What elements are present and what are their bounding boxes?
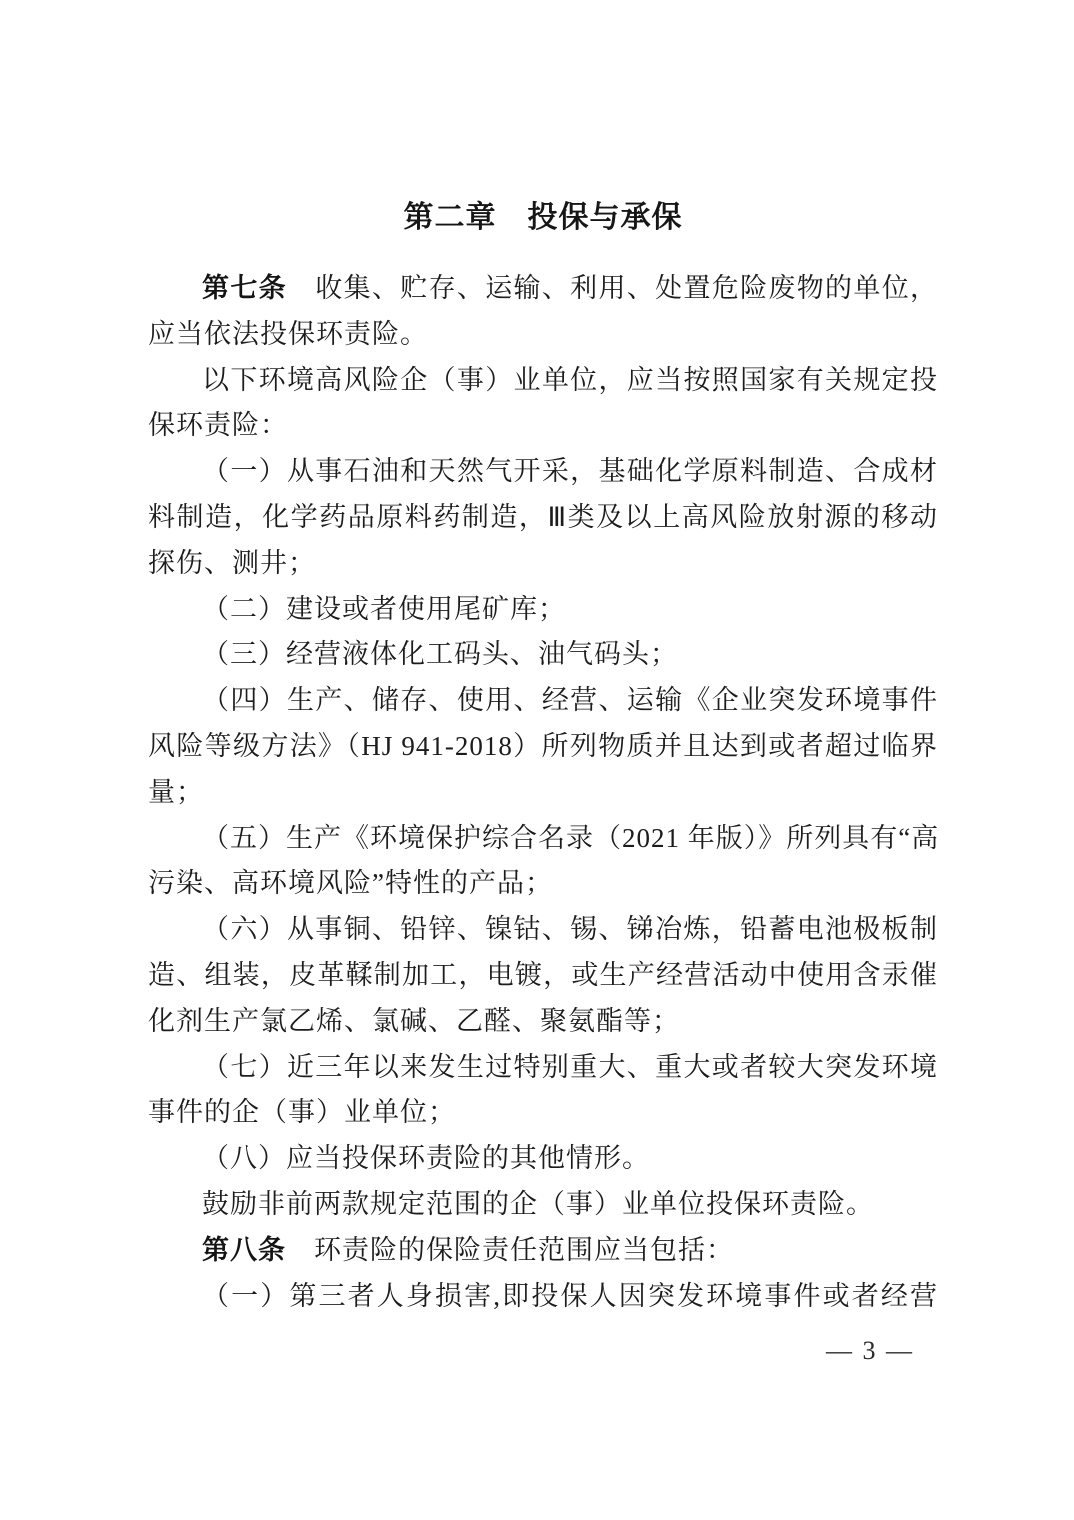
- text-line: 应当依法投保环责险。: [148, 312, 938, 358]
- article-number: 第八条: [202, 1235, 286, 1265]
- text-line: 化剂生产氯乙烯、氯碱、乙醛、聚氨酯等；: [148, 999, 938, 1045]
- page-number: — 3 —: [826, 1336, 914, 1366]
- text-line: （六）从事铜、铅锌、镍钴、锡、锑冶炼，铅蓄电池极板制: [148, 907, 938, 953]
- text-line: 风险等级方法》（HJ 941-2018）所列物质并且达到或者超过临界: [148, 724, 938, 770]
- article-number: 第七条: [202, 273, 287, 303]
- text-line: 以下环境高风险企（事）业单位，应当按照国家有关规定投: [148, 358, 938, 404]
- text-line: （五）生产《环境保护综合名录（2021 年版）》所列具有“高: [148, 816, 938, 862]
- text-line: （七）近三年以来发生过特别重大、重大或者较大突发环境: [148, 1045, 938, 1091]
- text-line: 保环责险：: [148, 403, 938, 449]
- document-body: 第七条 收集、贮存、运输、利用、处置危险废物的单位，应当依法投保环责险。以下环境…: [148, 266, 938, 1319]
- text-line: 造、组装，皮革鞣制加工，电镀，或生产经营活动中使用含汞催: [148, 953, 938, 999]
- text-line: （四）生产、储存、使用、经营、运输《企业突发环境事件: [148, 678, 938, 724]
- text-line: （二）建设或者使用尾矿库；: [148, 587, 938, 633]
- text-line: 料制造，化学药品原料药制造，Ⅲ类及以上高风险放射源的移动: [148, 495, 938, 541]
- chapter-title: 第二章 投保与承保: [148, 199, 938, 237]
- text-line: （八）应当投保环责险的其他情形。: [148, 1136, 938, 1182]
- text-line: 第七条 收集、贮存、运输、利用、处置危险废物的单位，: [148, 266, 938, 312]
- text-line: 鼓励非前两款规定范围的企（事）业单位投保环责险。: [148, 1182, 938, 1228]
- text-line: 探伤、测井；: [148, 541, 938, 587]
- document-page: 第二章 投保与承保 第七条 收集、贮存、运输、利用、处置危险废物的单位，应当依法…: [0, 0, 1074, 1520]
- text-line: 污染、高环境风险”特性的产品；: [148, 861, 938, 907]
- text-line: 事件的企（事）业单位；: [148, 1090, 938, 1136]
- text-line: （一）从事石油和天然气开采，基础化学原料制造、合成材: [148, 449, 938, 495]
- text-line: 第八条 环责险的保险责任范围应当包括：: [148, 1228, 938, 1274]
- text-line: 量；: [148, 770, 938, 816]
- text-line: （一）第三者人身损害,即投保人因突发环境事件或者经营: [148, 1274, 938, 1320]
- text-line: （三）经营液体化工码头、油气码头；: [148, 632, 938, 678]
